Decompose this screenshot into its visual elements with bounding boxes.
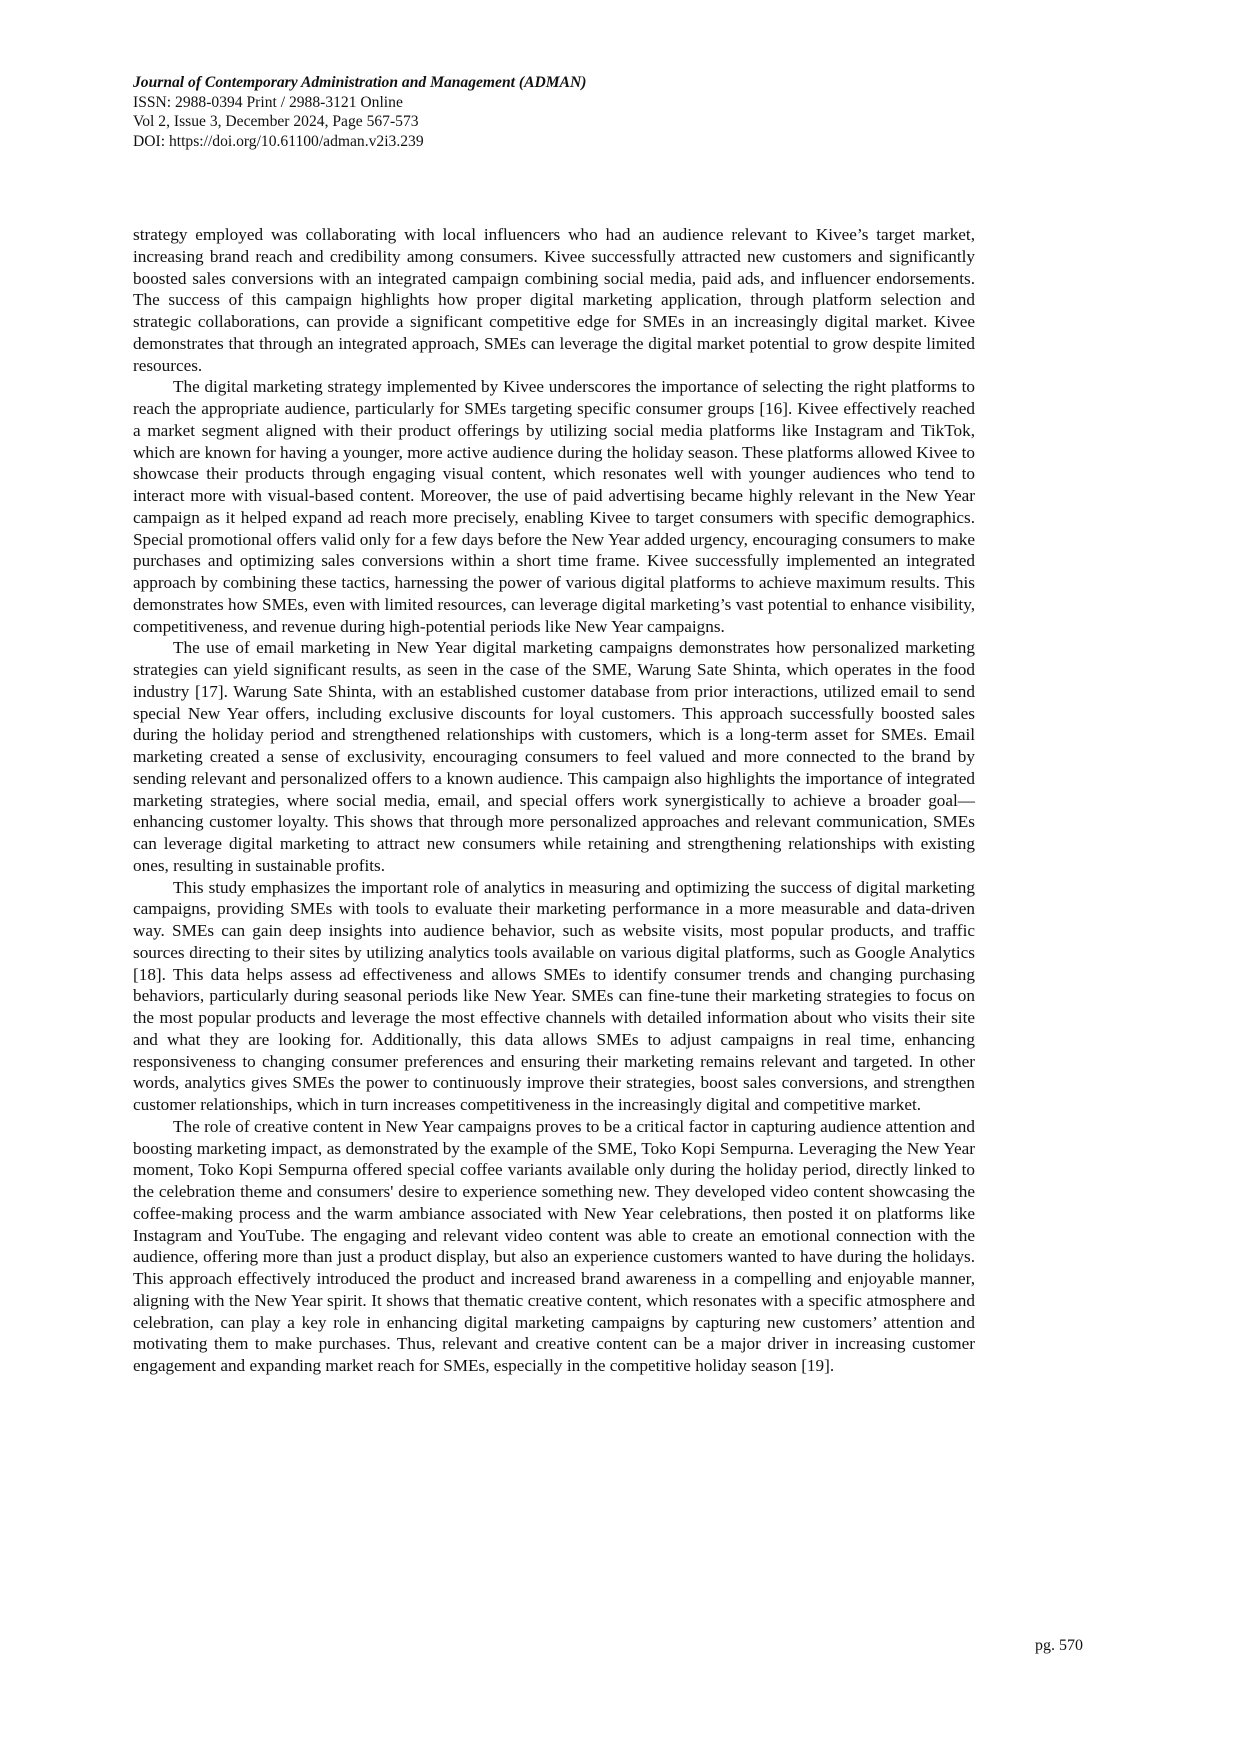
issn: ISSN: 2988-0394 Print / 2988-3121 Online — [133, 93, 586, 113]
volume-info: Vol 2, Issue 3, December 2024, Page 567-… — [133, 112, 586, 132]
paragraph: The use of email marketing in New Year d… — [133, 637, 975, 876]
journal-header: Journal of Contemporary Administration a… — [133, 73, 586, 151]
paragraph: The role of creative content in New Year… — [133, 1116, 975, 1377]
doi: DOI: https://doi.org/10.61100/adman.v2i3… — [133, 132, 586, 152]
page-number: pg. 570 — [1035, 1637, 1083, 1655]
journal-title: Journal of Contemporary Administration a… — [133, 73, 586, 93]
paragraph: This study emphasizes the important role… — [133, 877, 975, 1116]
paragraph-continuation: strategy employed was collaborating with… — [133, 224, 975, 376]
paragraph: The digital marketing strategy implement… — [133, 376, 975, 637]
body-text: strategy employed was collaborating with… — [133, 224, 975, 1377]
